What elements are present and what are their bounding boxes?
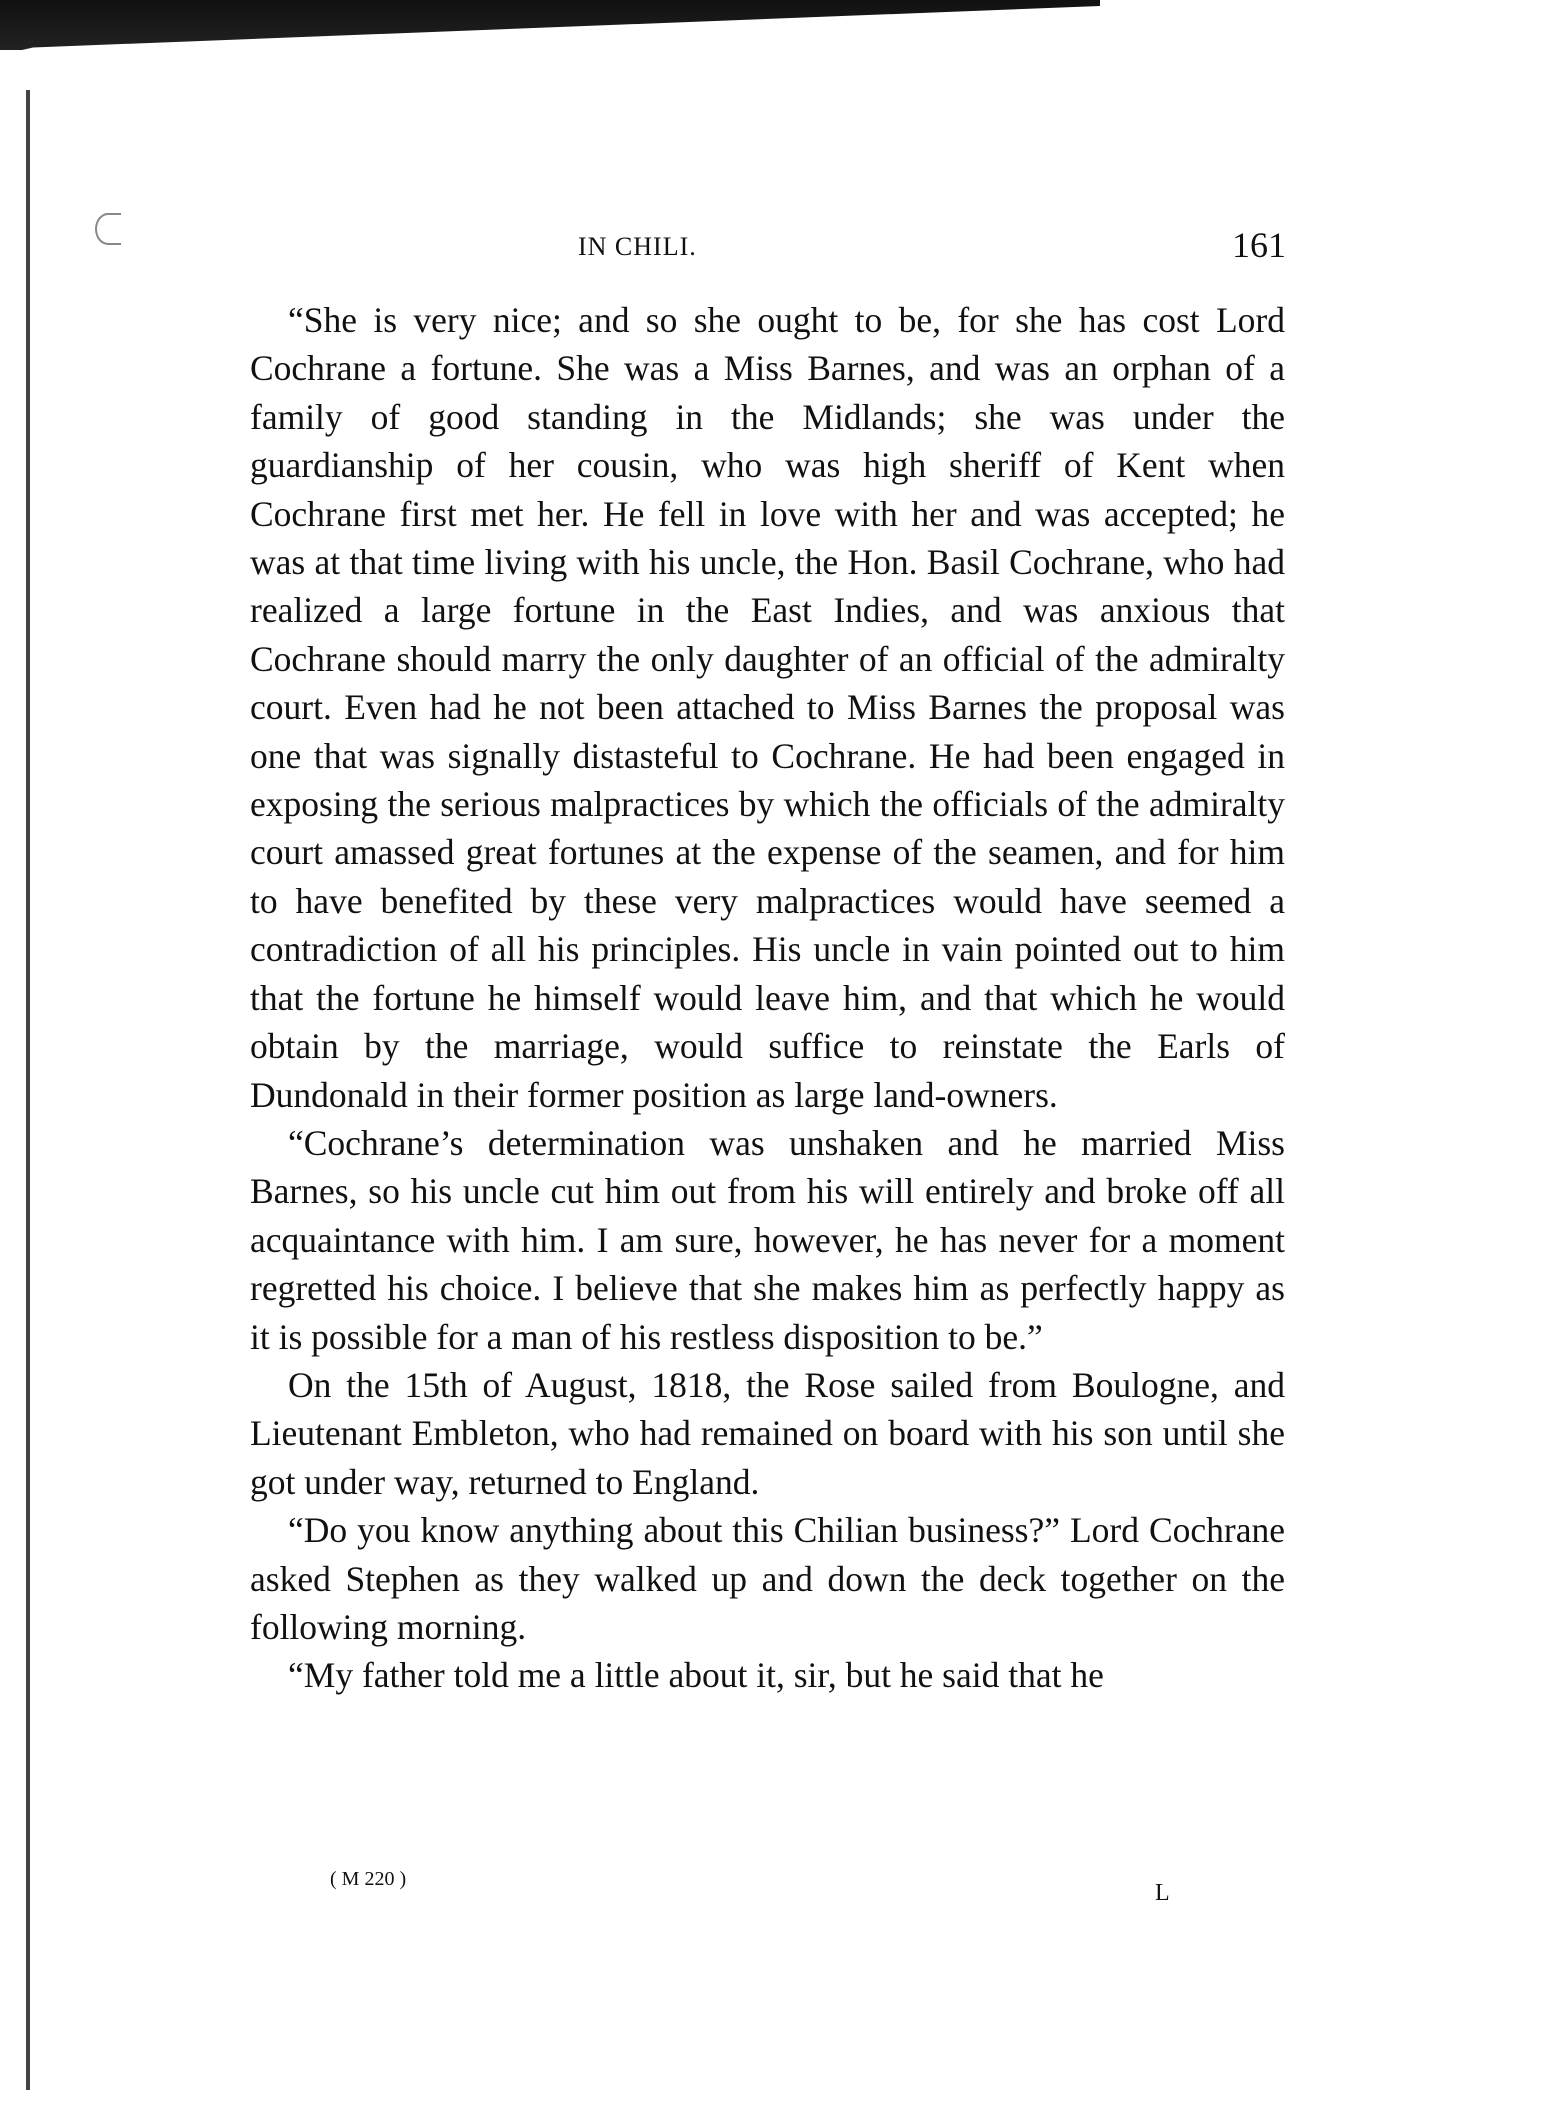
page-number: 161 bbox=[1232, 224, 1286, 266]
paragraph: On the 15th of August, 1818, the Rose sa… bbox=[250, 1361, 1285, 1506]
page-body: “She is very nice; and so she ought to b… bbox=[250, 296, 1285, 1700]
binding-edge bbox=[26, 90, 30, 2090]
paragraph: “Cochrane’s determination was unshaken a… bbox=[250, 1119, 1285, 1361]
paragraph: “She is very nice; and so she ought to b… bbox=[250, 296, 1285, 1119]
paragraph: “Do you know anything about this Chilian… bbox=[250, 1506, 1285, 1651]
paragraph: “My father told me a little about it, si… bbox=[250, 1651, 1285, 1699]
signature-letter: L bbox=[1155, 1880, 1170, 1907]
signature-mark: ( M 220 ) bbox=[330, 1868, 406, 1891]
scan-shadow bbox=[0, 0, 1100, 50]
page-header: IN CHILI. 161 bbox=[0, 232, 1557, 272]
running-head: IN CHILI. bbox=[578, 232, 697, 262]
